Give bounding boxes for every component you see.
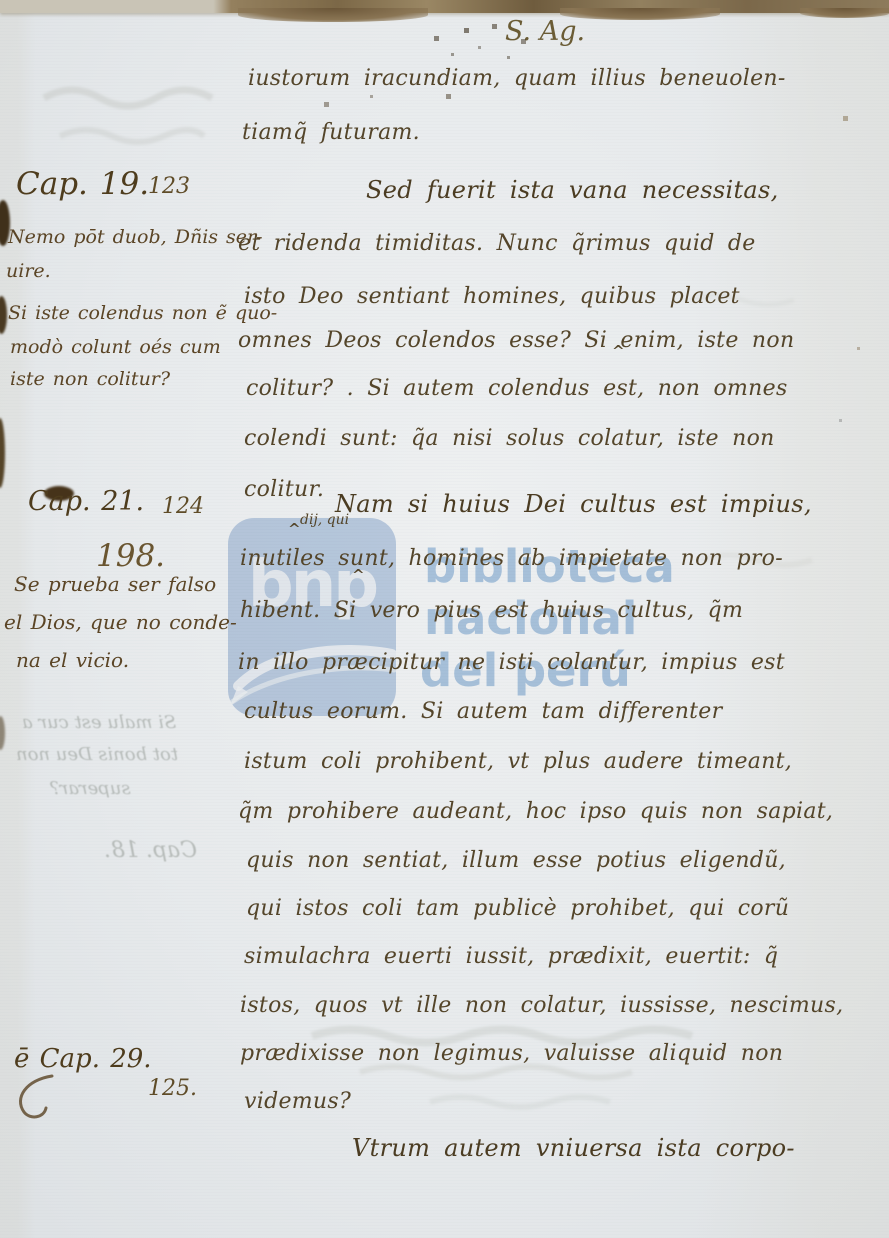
- text-line: Vtrum autem vniuersa ista corpo-: [352, 1134, 795, 1162]
- insertion-caret: ^: [288, 520, 301, 538]
- margin-number-123: 123: [148, 174, 190, 199]
- text-line: simulachra euerti iussit, prædixit, euer…: [244, 944, 778, 969]
- margin-chapter-21: Cap. 21.: [28, 486, 144, 517]
- bleedthrough-chapter-18: Cap. 18.: [104, 838, 197, 863]
- text-line: omnes Deos colendos esse? Si enim, iste …: [238, 328, 794, 353]
- margin-note-line: iste non colitur?: [10, 368, 170, 390]
- text-line: in illo præcipitur ne isti colantur, imp…: [238, 650, 785, 675]
- text-line: isto Deo sentiant homines, quibus placet: [244, 284, 740, 309]
- margin-note-line: modò colunt oés cum: [10, 336, 221, 358]
- text-line: et ridenda timiditas. Nunc q̃rimus quid …: [238, 231, 756, 256]
- text-line: iustorum iracundiam, quam illius beneuol…: [248, 66, 786, 91]
- margin-note-line: uire.: [6, 260, 51, 282]
- interlinear-insertion: dij, qui: [300, 512, 349, 528]
- folio-number-198: 198.: [96, 538, 165, 574]
- text-line: Nam si huius Dei cultus est impius,: [335, 490, 812, 518]
- text-line: cultus eorum. Si autem tam differenter: [244, 699, 722, 724]
- text-line: hibent. Si vero pius est huius cultus, q…: [240, 598, 743, 623]
- ink-specks: [0, 0, 1, 1]
- margin-note-line: Nemo pōt duob, Dñis ser-: [8, 226, 263, 248]
- text-line: colitur.: [244, 477, 324, 502]
- bleedthrough-note-line: superar?: [50, 778, 131, 799]
- text-line: q̃m prohibere audeant, hoc ipso quis non…: [238, 799, 833, 824]
- page-top-edge: [0, 0, 889, 13]
- margin-number-124: 124: [162, 494, 204, 519]
- header-mark: S. Ag.: [505, 16, 585, 47]
- text-line: istum coli prohibent, vt plus audere tim…: [244, 749, 792, 774]
- text-line: colendi sunt: q̃a nisi solus colatur, is…: [244, 426, 775, 451]
- margin-note-line: Si iste colendus non ẽ quo-: [8, 302, 277, 324]
- margin-chapter-29: ē Cap. 29.: [14, 1044, 152, 1074]
- text-line: istos, quos vt ille non colatur, iussiss…: [240, 993, 843, 1018]
- margin-flourish: [8, 1072, 60, 1124]
- text-line: inutiles sunt, homines ab impietate non …: [240, 546, 783, 571]
- page-edge-wear: [238, 8, 428, 22]
- text-line: videmus?: [244, 1089, 351, 1114]
- insertion-caret: ^: [612, 342, 625, 360]
- insertion-caret: ^: [352, 566, 365, 584]
- margin-note-line: Se prueba ser falso: [14, 572, 216, 596]
- text-line: Sed fuerit ista vana necessitas,: [366, 176, 779, 204]
- margin-chapter-19: Cap. 19.: [16, 166, 149, 202]
- bleedthrough-note-line: Si malu est cur a: [22, 712, 176, 733]
- margin-number-125: 125.: [148, 1076, 197, 1101]
- bleedthrough-note-line: tot bonis Deu non: [16, 744, 178, 765]
- text-line: tiamq̃ futuram.: [242, 120, 420, 145]
- manuscript-page: bnp biblioteca nacional del perú S. Ag. …: [0, 0, 889, 1238]
- text-line: quis non sentiat, illum esse potius elig…: [246, 848, 786, 873]
- margin-note-line: na el vicio.: [16, 648, 129, 672]
- text-line: prædixisse non legimus, valuisse aliquid…: [240, 1041, 783, 1066]
- text-line: colitur? . Si autem colendus est, non om…: [246, 376, 788, 401]
- text-line: qui istos coli tam publicè prohibet, qui…: [246, 896, 789, 921]
- margin-note-line: el Dios, que no conde-: [4, 610, 237, 634]
- page-edge-wear: [800, 8, 889, 18]
